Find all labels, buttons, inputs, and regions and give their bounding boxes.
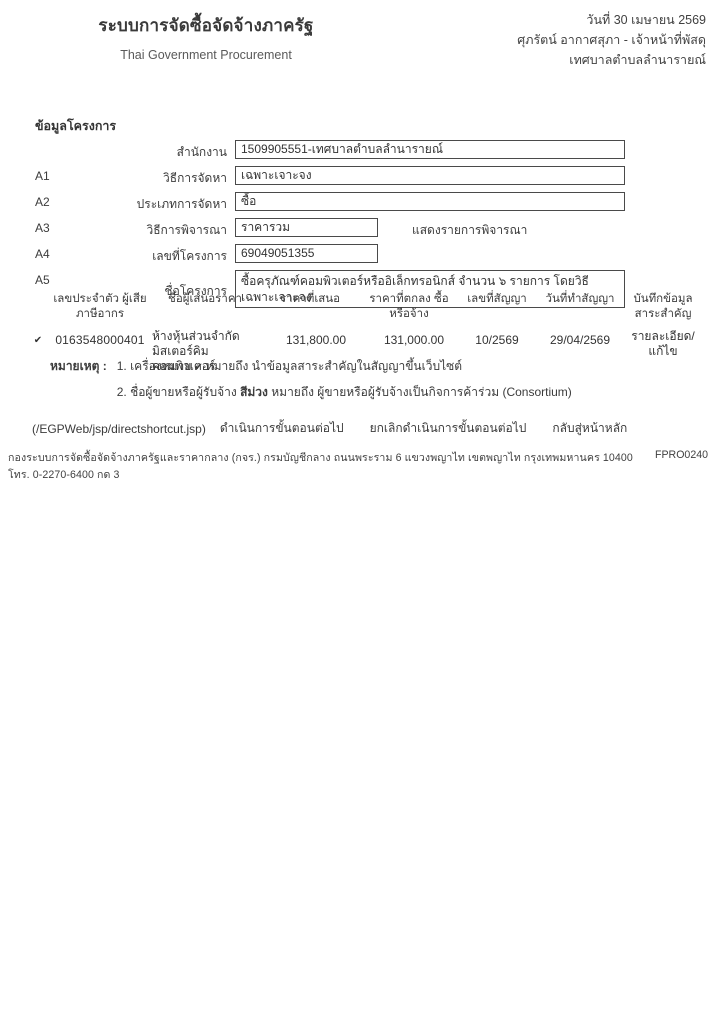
project-info-section-title: ข้อมูลโครงการ	[35, 116, 116, 136]
action-bar: (/EGPWeb/jsp/directshortcut.jsp) ดำเนินก…	[32, 419, 653, 438]
row-code-a3: A3	[35, 218, 93, 235]
form-row-a4: A4 เลขที่โครงการ 69049051355	[35, 244, 695, 266]
row-code-a5: A5	[35, 270, 93, 287]
procurement-method-label: วิธีการจัดหา	[93, 166, 235, 188]
proceed-next-step-button[interactable]: ดำเนินการขั้นตอนต่อไป	[220, 419, 344, 438]
office-label: สำนักงาน	[93, 140, 235, 162]
row-code	[35, 140, 93, 143]
row-code-a4: A4	[35, 244, 93, 261]
cell-contract-no: 10/2569	[458, 329, 536, 348]
col-header-record: บันทึกข้อมูล สาระสำคัญ	[624, 292, 702, 321]
consideration-method-label: วิธีการพิจารณา	[93, 218, 235, 240]
form-code: FPRO0240	[655, 449, 708, 483]
consideration-method-field[interactable]: ราคารวม	[235, 218, 378, 237]
page-footer: กองระบบการจัดซื้อจัดจ้างภาครัฐและราคากลา…	[8, 449, 708, 483]
current-date: วันที่ 30 เมษายน 2569	[517, 10, 706, 30]
note-1: 1. เครื่องหมาย✔หมายถึง นำข้อมูลสาระสำคัญ…	[117, 357, 572, 376]
session-info: วันที่ 30 เมษายน 2569 ศุภรัตน์ อากาศสุภา…	[517, 10, 706, 70]
cell-tax-id: 0163548000401	[50, 329, 150, 348]
checkmark-icon: ✔	[194, 362, 202, 373]
procurement-type-field[interactable]: ซื้อ	[235, 192, 625, 211]
note-2-purple-word: สีม่วง	[240, 385, 268, 399]
col-header-contract-no: เลขที่สัญญา	[458, 292, 536, 307]
note-2-prefix: 2. ชื่อผู้ขายหรือผู้รับจ้าง	[117, 385, 237, 399]
col-header-agreed-price: ราคาที่ตกลง ซื้อหรือจ้าง	[360, 292, 458, 321]
office-field[interactable]: 1509905551-เทศบาลตำบลลำนารายณ์	[235, 140, 625, 159]
cell-contract-date: 29/04/2569	[536, 329, 624, 348]
officer-name: ศุภรัตน์ อากาศสุภา - เจ้าหน้าที่พัสดุ	[517, 30, 706, 50]
organization-name: เทศบาลตำบลลำนารายณ์	[517, 50, 706, 70]
form-row-a2: A2 ประเภทการจัดหา ซื้อ	[35, 192, 695, 214]
app-title-thai: ระบบการจัดซื้อจัดจ้างภาครัฐ	[68, 12, 344, 39]
form-row-office: สำนักงาน 1509905551-เทศบาลตำบลลำนารายณ์	[35, 140, 695, 162]
procurement-method-field[interactable]: เฉพาะเจาะจง	[235, 166, 625, 185]
cancel-next-step-button[interactable]: ยกเลิกดำเนินการขั้นตอนต่อไป	[370, 419, 527, 438]
department-address: กองระบบการจัดซื้อจัดจ้างภาครัฐและราคากลา…	[8, 449, 655, 483]
col-header-bidder: ชื่อผู้เสนอราคา	[150, 292, 260, 307]
project-info-form: สำนักงาน 1509905551-เทศบาลตำบลลำนารายณ์ …	[35, 140, 695, 312]
published-checkmark-icon[interactable]: ✔	[26, 329, 50, 348]
note-2: 2. ชื่อผู้ขายหรือผู้รับจ้าง สีม่วง หมายถ…	[117, 383, 572, 402]
detail-edit-link[interactable]: รายละเอียด/ แก้ไข	[624, 329, 702, 359]
table-header-row: เลขประจำตัว ผู้เสียภาษีอากร ชื่อผู้เสนอร…	[26, 292, 702, 321]
col-header-tax-id: เลขประจำตัว ผู้เสียภาษีอากร	[50, 292, 150, 321]
project-number-label: เลขที่โครงการ	[93, 244, 235, 266]
row-code-a2: A2	[35, 192, 93, 209]
form-row-a1: A1 วิธีการจัดหา เฉพาะเจาะจง	[35, 166, 695, 188]
app-title-english: Thai Government Procurement	[68, 48, 344, 62]
notes-block: หมายเหตุ : 1. เครื่องหมาย✔หมายถึง นำข้อม…	[50, 357, 572, 409]
note-2-suffix: หมายถึง ผู้ขายหรือผู้รับจ้างเป็นกิจการค้…	[271, 385, 572, 399]
cell-offer-price: 131,800.00	[260, 329, 360, 348]
row-code-a1: A1	[35, 166, 93, 183]
app-header: ระบบการจัดซื้อจัดจ้างภาครัฐ Thai Governm…	[68, 12, 344, 62]
shortcut-path-link[interactable]: (/EGPWeb/jsp/directshortcut.jsp)	[32, 422, 206, 436]
show-consideration-items-link[interactable]: แสดงรายการพิจารณา	[412, 218, 527, 240]
back-to-home-button[interactable]: กลับสู่หน้าหลัก	[552, 419, 627, 438]
form-row-a3: A3 วิธีการพิจารณา ราคารวม แสดงรายการพิจา…	[35, 218, 695, 240]
col-header-offer-price: ราคาที่เสนอ	[260, 292, 360, 307]
col-header-contract-date: วันที่ทำสัญญา	[536, 292, 624, 307]
note-1-prefix: 1. เครื่องหมาย	[117, 359, 192, 373]
project-number-field[interactable]: 69049051355	[235, 244, 378, 263]
notes-items: 1. เครื่องหมาย✔หมายถึง นำข้อมูลสาระสำคัญ…	[117, 357, 572, 409]
notes-label: หมายเหตุ :	[50, 357, 107, 409]
procurement-type-label: ประเภทการจัดหา	[93, 192, 235, 214]
note-1-suffix: หมายถึง นำข้อมูลสาระสำคัญในสัญญาขึ้นเว็บ…	[206, 359, 462, 373]
cell-agreed-price: 131,000.00	[360, 329, 458, 348]
